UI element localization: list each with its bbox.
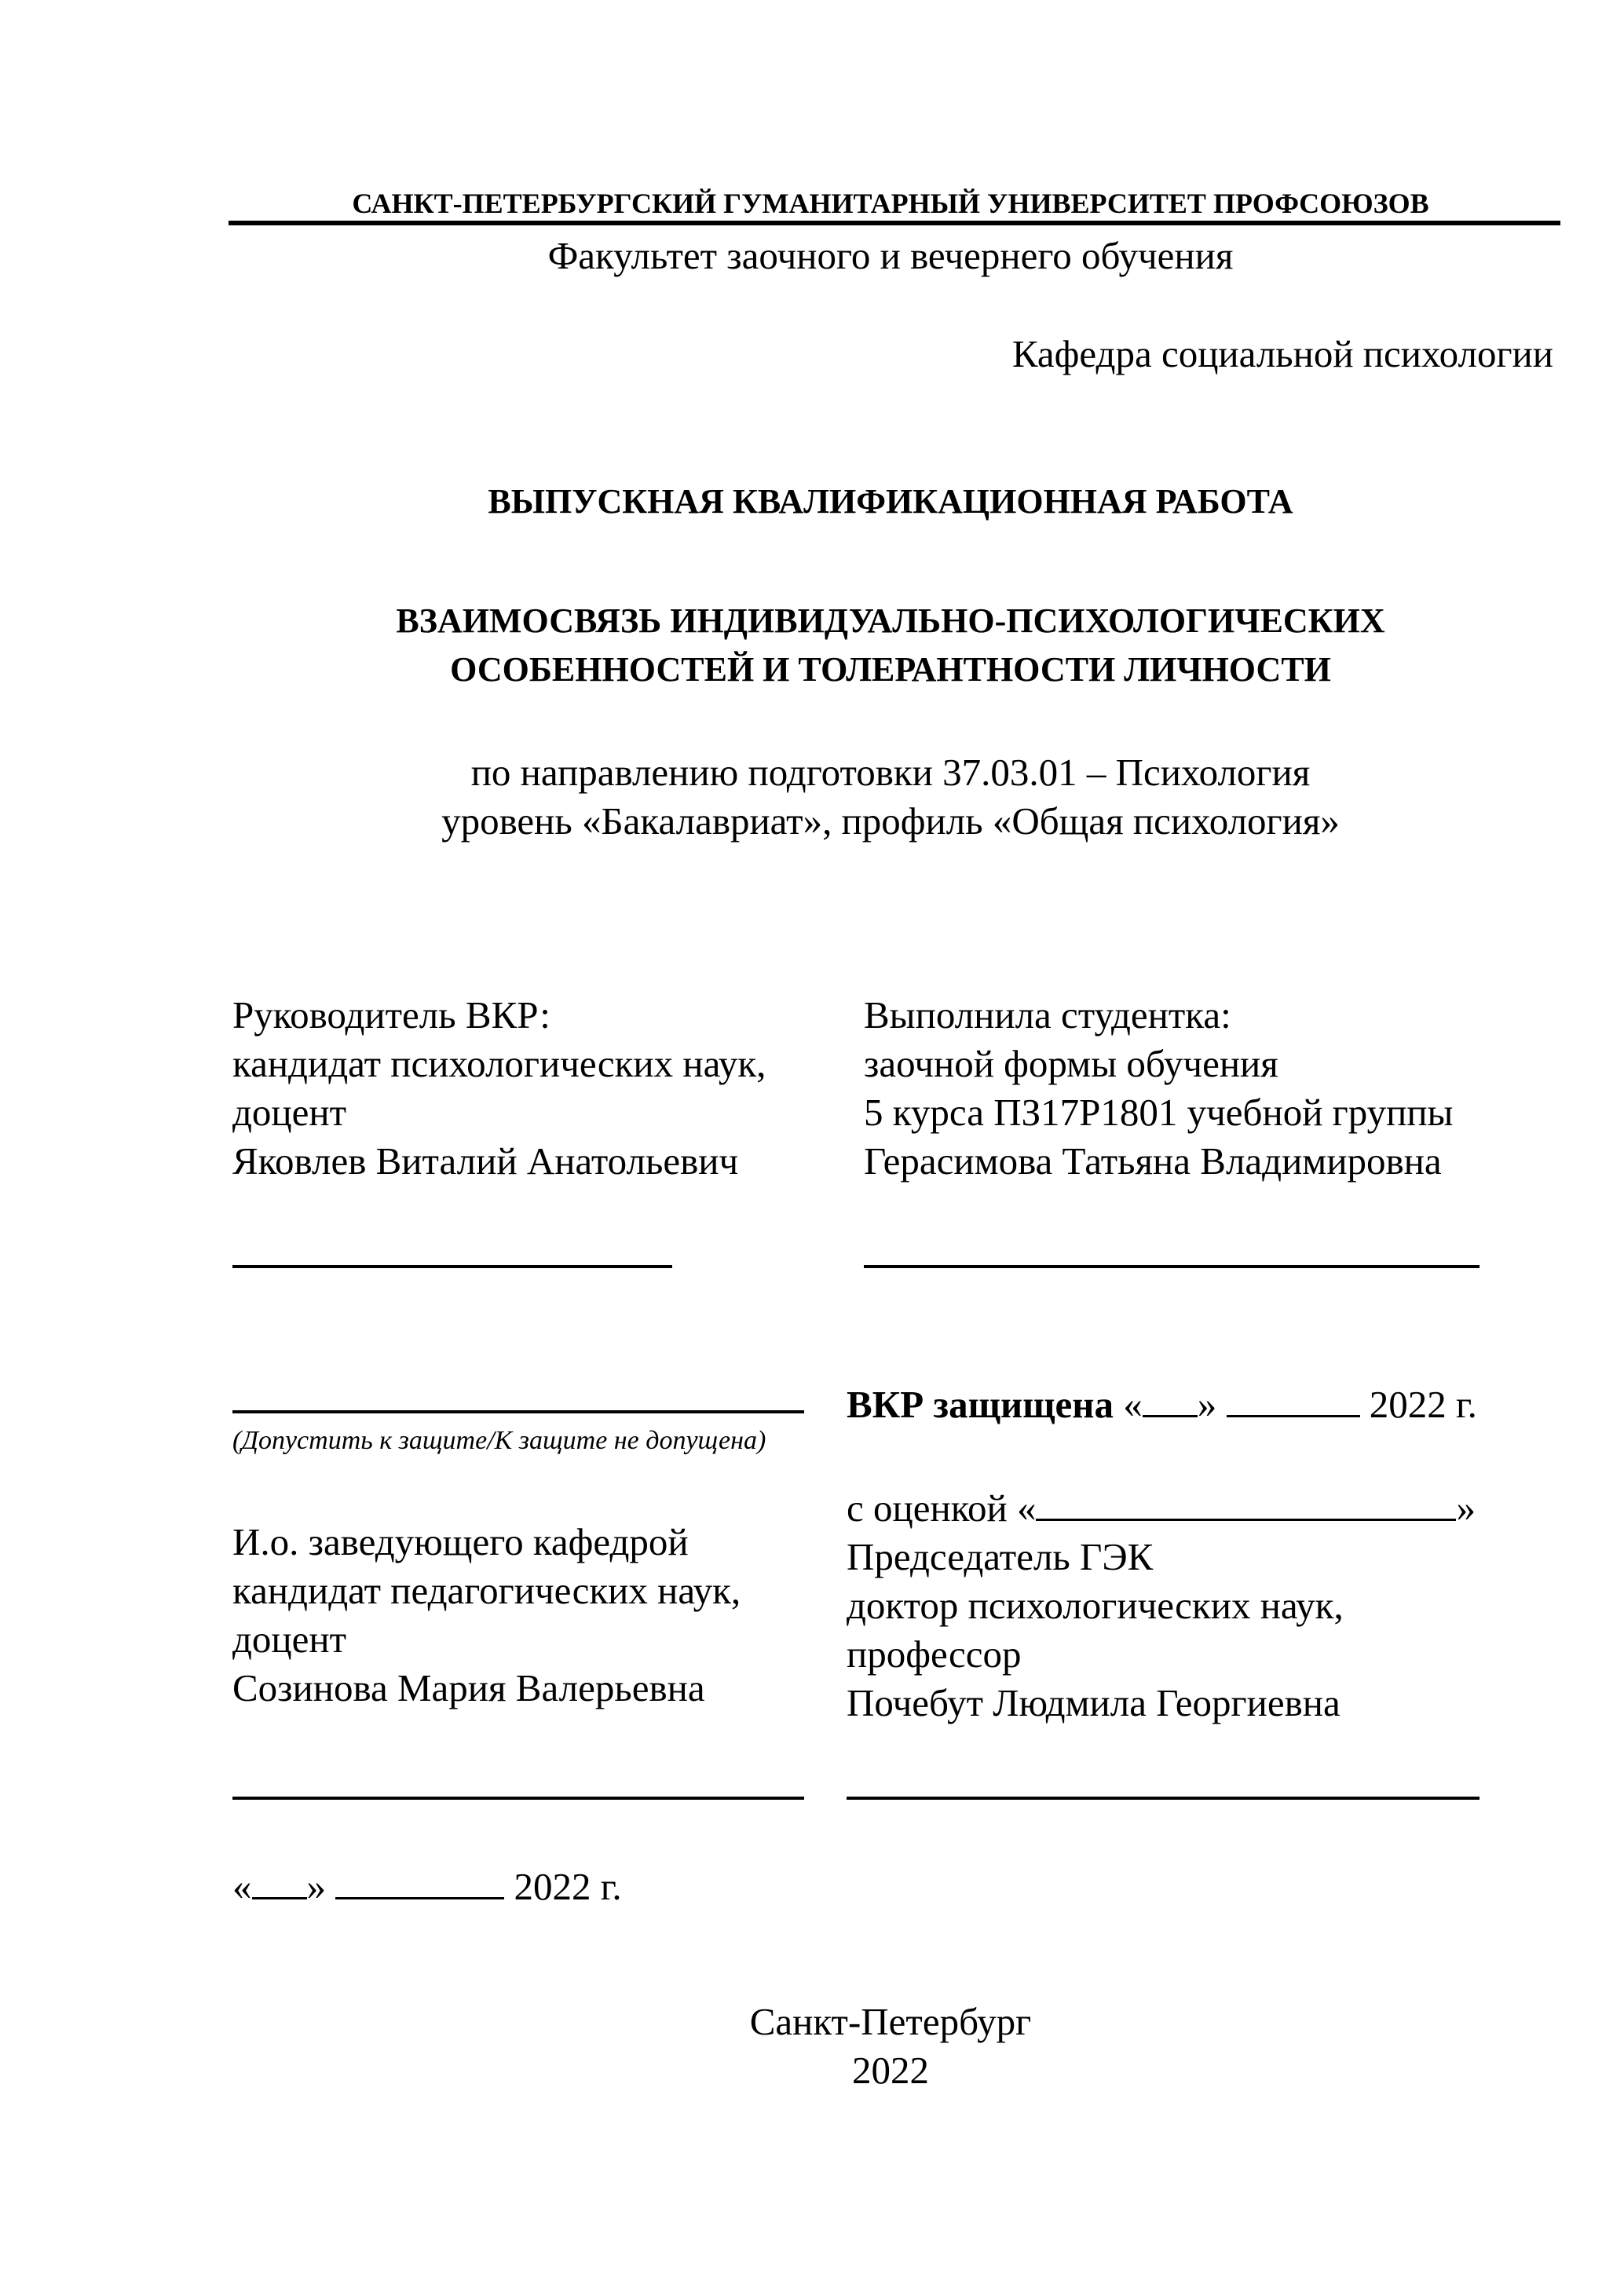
direction-line: по направлению подготовки 37.03.01 – Пси… — [0, 748, 1624, 797]
work-type: ВЫПУСКНАЯ КВАЛИФИКАЦИОННАЯ РАБОТА — [0, 477, 1624, 526]
student-signature-line[interactable] — [864, 1265, 1480, 1268]
student-label: Выполнила студентка: — [864, 991, 1231, 1040]
head-label: И.о. заведующего кафедрой — [232, 1518, 689, 1567]
chairman-signature-line[interactable] — [847, 1797, 1480, 1800]
grade-field[interactable] — [1036, 1487, 1456, 1521]
footer-year: 2022 — [0, 2046, 1624, 2095]
chairman-label: Председатель ГЭК — [847, 1533, 1153, 1581]
grade-close: » — [1456, 1486, 1476, 1530]
head-month-field[interactable] — [335, 1866, 504, 1899]
student-name: Герасимова Татьяна Владимировна — [864, 1137, 1442, 1186]
defense-date-open: « — [1123, 1383, 1143, 1426]
defense-year: 2022 г. — [1370, 1383, 1477, 1426]
head-date-year: 2022 г. — [514, 1865, 622, 1908]
defense-date-close: » — [1198, 1383, 1217, 1426]
admission-note: (Допустить к защите/К защите не допущена… — [232, 1425, 766, 1457]
head-date-open: « — [232, 1865, 252, 1908]
work-title-line1: ВЗАИМОСВЯЗЬ ИНДИВИДУАЛЬНО-ПСИХОЛОГИЧЕСКИ… — [0, 597, 1624, 645]
defense-line: ВКР защищена «» 2022 г. — [847, 1380, 1477, 1429]
footer-city: Санкт-Петербург — [0, 1998, 1624, 2046]
student-form: заочной формы обучения — [864, 1040, 1278, 1088]
grade-line: с оценкой «» — [847, 1484, 1476, 1533]
grade-label: с оценкой « — [847, 1486, 1036, 1530]
head-date-line: «» 2022 г. — [232, 1863, 622, 1911]
work-title-line2: ОСОБЕННОСТЕЙ И ТОЛЕРАНТНОСТИ ЛИЧНОСТИ — [0, 645, 1624, 694]
chairman-degree: доктор психологических наук, — [847, 1581, 1344, 1630]
head-degree: кандидат педагогических наук, — [232, 1567, 741, 1615]
chairman-name: Почебут Людмила Георгиевна — [847, 1679, 1341, 1727]
defense-month-field[interactable] — [1227, 1384, 1360, 1417]
supervisor-degree: кандидат психологических наук, — [232, 1040, 766, 1088]
supervisor-name: Яковлев Виталий Анатольевич — [232, 1137, 738, 1186]
faculty-name: Факультет заочного и вечернего обучения — [0, 232, 1624, 280]
level-line: уровень «Бакалавриат», профиль «Общая пс… — [0, 797, 1624, 846]
head-rank: доцент — [232, 1615, 346, 1664]
head-signature-line[interactable] — [232, 1797, 804, 1800]
supervisor-signature-line[interactable] — [232, 1265, 672, 1268]
defense-day-field[interactable] — [1143, 1384, 1198, 1417]
chairman-rank: профессор — [847, 1630, 1021, 1679]
department-name: Кафедра социальной психологии — [1012, 330, 1553, 378]
head-name: Созинова Мария Валерьевна — [232, 1664, 705, 1713]
head-day-field[interactable] — [252, 1866, 307, 1899]
header-rule — [229, 221, 1560, 225]
supervisor-rank: доцент — [232, 1088, 346, 1137]
head-date-close: » — [307, 1865, 327, 1908]
admission-decision-line[interactable] — [232, 1410, 804, 1413]
student-group: 5 курса ПЗ17Р1801 учебной группы — [864, 1088, 1453, 1137]
defense-label: ВКР защищена — [847, 1383, 1114, 1426]
supervisor-label: Руководитель ВКР: — [232, 991, 550, 1040]
